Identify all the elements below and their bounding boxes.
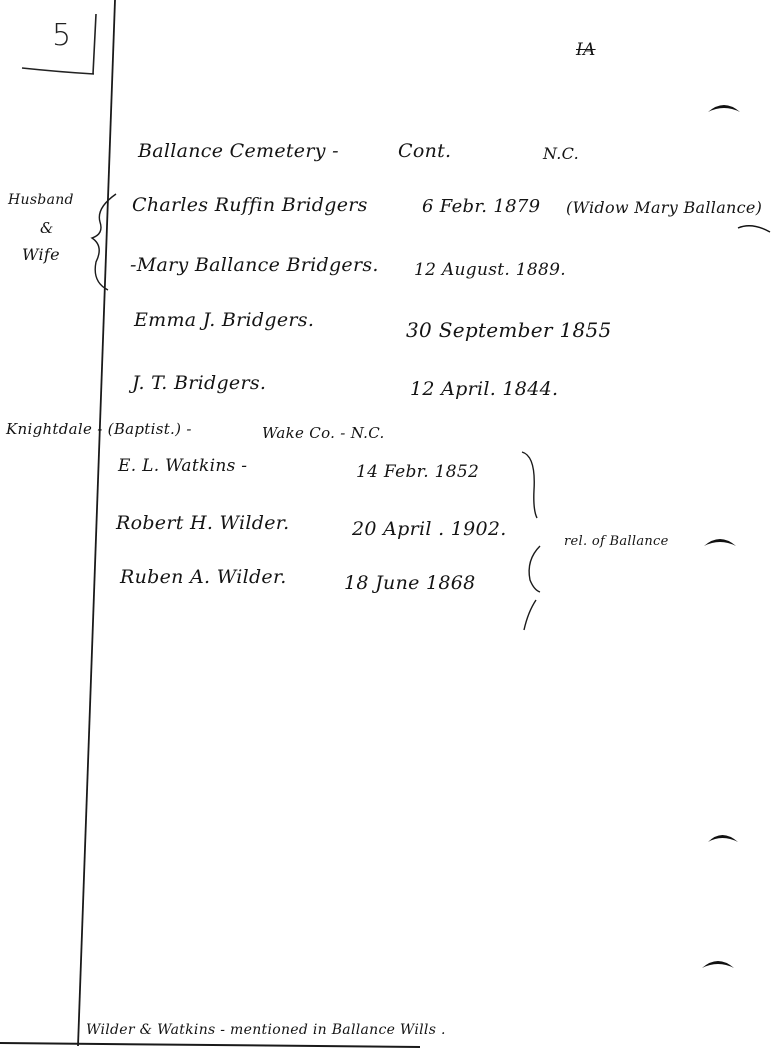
page-number: 5 (52, 18, 71, 53)
footer-note: Wilder & Watkins - mentioned in Ballance… (86, 1022, 446, 1038)
burial-entry-date: 14 Febr. 1852 (356, 462, 479, 482)
cemetery-title: Ballance Cemetery - (138, 140, 339, 162)
burial-entry-name: Ruben A. Wilder. (120, 566, 287, 588)
burial-entry-date: 30 September 1855 (406, 318, 612, 342)
burial-entry-date: 18 June 1868 (344, 572, 476, 594)
burial-entry-name: E. L. Watkins - (118, 456, 247, 476)
burial-entry-name: J. T. Bridgers. (132, 372, 266, 394)
burial-entry-name: Charles Ruffin Bridgers (132, 194, 368, 216)
state-label: N.C. (543, 144, 579, 163)
burial-entry-name: -Mary Ballance Bridgers. (130, 254, 379, 276)
watkins-bracket (522, 452, 537, 518)
burial-entry-date: 20 April . 1902. (352, 518, 507, 540)
margin-note-wife: Wife (22, 245, 60, 264)
burial-entry-note: (Widow Mary Ballance) (566, 198, 762, 217)
bottom-rule (0, 1043, 420, 1047)
burial-entry-date: 12 April. 1844. (410, 378, 558, 400)
group-heading-place: Knightdale - (Baptist.) - (6, 420, 192, 438)
burial-entry-name: Emma J. Bridgers. (134, 309, 314, 331)
punch-hole-mark (704, 539, 736, 546)
wilder-bracket (529, 546, 540, 592)
continued-label: Cont. (398, 140, 451, 162)
document-page: 5 IA Ballance Cemetery - Cont. N.C. Husb… (0, 0, 782, 1053)
margin-line (78, 0, 115, 1046)
corner-mark: IA (576, 40, 596, 60)
husband-wife-brace (92, 194, 116, 290)
burial-entry-name: Robert H. Wilder. (116, 512, 289, 534)
punch-hole-mark (702, 961, 734, 968)
punch-hole-mark (708, 835, 738, 842)
punch-hole-mark (708, 105, 740, 112)
wilder-bracket-tail (524, 600, 536, 630)
margin-note-and: & (40, 219, 54, 237)
margin-note-husband: Husband (8, 192, 74, 208)
group-heading-county: Wake Co. - N.C. (262, 424, 385, 442)
scribble-mark (738, 226, 770, 232)
burial-entry-date: 12 August. 1889. (414, 260, 566, 280)
bracket-note: rel. of Ballance (564, 534, 669, 549)
burial-entry-date: 6 Febr. 1879 (422, 196, 540, 217)
